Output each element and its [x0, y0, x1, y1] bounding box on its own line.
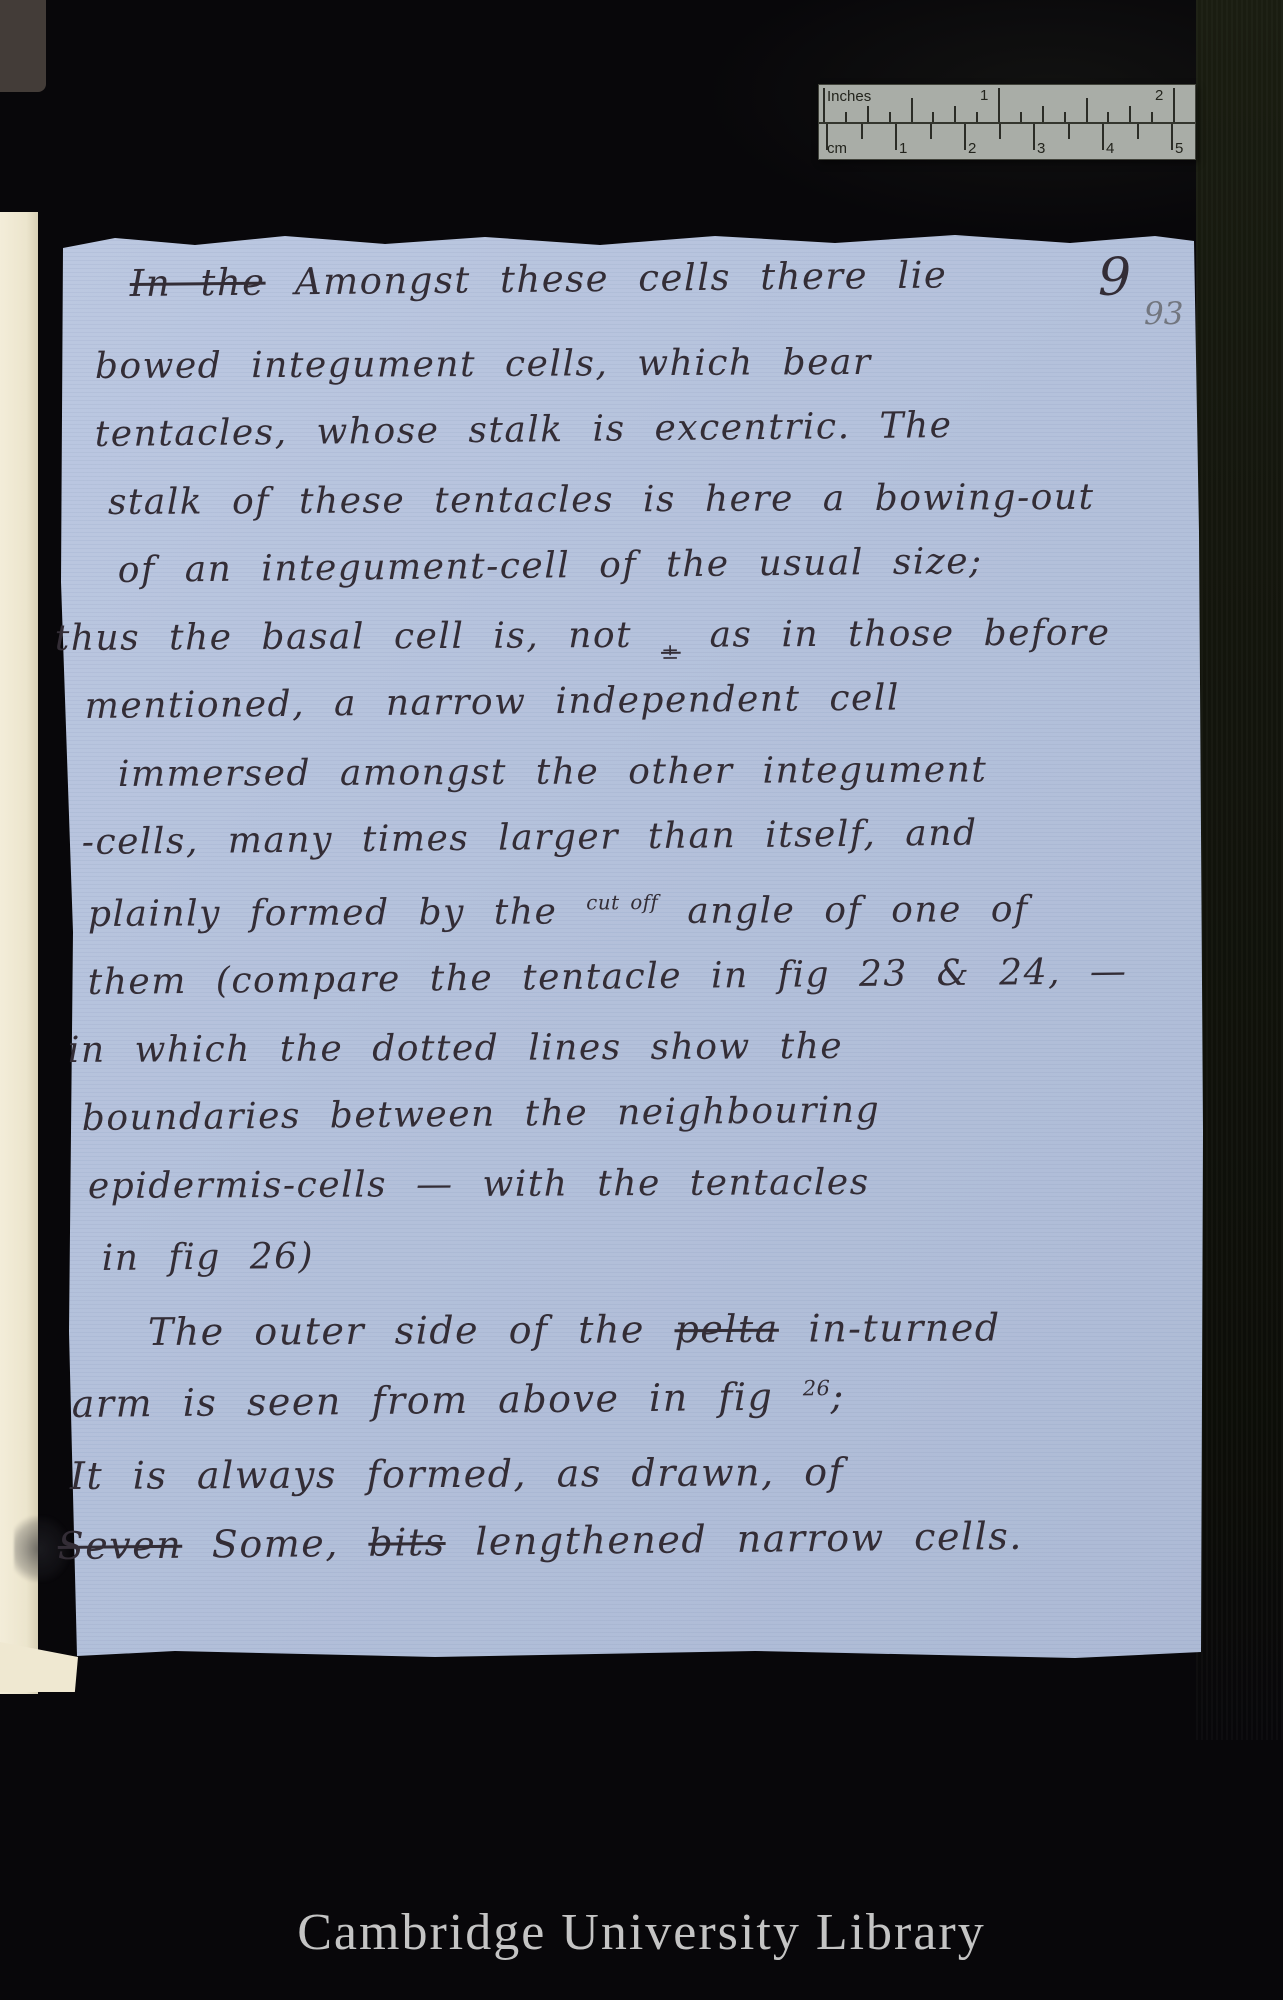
ruler-inch-tick [823, 88, 825, 122]
library-watermark: Cambridge University Library [0, 1903, 1283, 1962]
manuscript-line: plainly formed by the cut off angle of o… [88, 889, 1029, 935]
manuscript-segment: Amongst these cells there lie [265, 253, 947, 303]
manuscript-segment: In the [130, 261, 266, 305]
ruler-cm-tick [1137, 124, 1139, 139]
ruler-inch-tick [1129, 106, 1131, 122]
manuscript-segment: mentioned, a narrow independent cell [85, 677, 901, 727]
manuscript-segment: ± [661, 640, 681, 665]
ruler-inch-tick [1086, 98, 1088, 122]
manuscript-line: of an integument-cell of the usual size; [118, 541, 983, 591]
manuscript-segment: It is always formed, as drawn, of [70, 1450, 844, 1498]
manuscript-line: stalk of these tentacles is here a bowin… [108, 477, 1095, 523]
manuscript-line: Seven Some, bits lengthened narrow cells… [58, 1514, 1024, 1568]
manuscript-line: -cells, many times larger than itself, a… [82, 813, 978, 863]
manuscript-line: in fig 26) [102, 1236, 315, 1279]
manuscript-line: tentacles, whose stalk is excentric. The [95, 405, 953, 455]
manuscript-line: The outer side of the pelta in-turned [148, 1306, 1001, 1354]
manuscript-segment: -cells, many times larger than itself, a… [82, 813, 978, 863]
ruler-inch-tick [889, 112, 891, 122]
manuscript-line: boundaries between the neighbouring [82, 1090, 881, 1139]
ruler-inch-tick [1020, 112, 1022, 122]
ruler-cm-label: cm [827, 140, 847, 157]
manuscript-segment: boundaries between the neighbouring [82, 1090, 881, 1139]
ruler-inch-tick [932, 112, 934, 122]
manuscript-segment: plainly formed by the [88, 891, 587, 935]
manuscript-line: In the Amongst these cells there lie [130, 253, 948, 305]
ruler-inch-numeral: 2 [1155, 87, 1163, 104]
ruler-inch-numeral: 1 [980, 87, 988, 104]
manuscript-segment: bits [368, 1520, 446, 1565]
ruler-inch-tick [1151, 112, 1153, 122]
ruler-inch-tick [998, 88, 1000, 122]
manuscript-segment: 26 [803, 1376, 831, 1400]
ruler-inch-tick [1107, 112, 1109, 122]
page-number-pencil: 93 [1144, 296, 1183, 332]
manuscript-line: mentioned, a narrow independent cell [85, 677, 901, 727]
ruler-cm-tick [895, 124, 897, 150]
manuscript-segment: cut off [586, 891, 658, 914]
manuscript-segment: stalk of these tentacles is here a bowin… [108, 477, 1095, 523]
ruler-inch-tick [954, 106, 956, 122]
ruler-cm-tick [930, 124, 932, 139]
page-number-ink: 9 [1098, 248, 1131, 308]
cloth-backdrop-right [1196, 0, 1283, 1740]
manuscript-segment: Some, [182, 1521, 369, 1567]
manuscript-segment: in-turned [779, 1306, 1001, 1351]
manuscript-segment: angle of one of [658, 889, 1029, 932]
manuscript-line: bowed integument cells, which bear [95, 342, 872, 387]
ruler-cm-tick [1068, 124, 1070, 139]
ruler-divider [819, 122, 1195, 124]
manuscript-segment: thus the basal cell is, not [55, 615, 661, 659]
ruler-cm-tick [1033, 124, 1035, 150]
ruler-cm-numeral: 2 [968, 140, 976, 157]
manuscript-segment: The outer side of the [148, 1307, 675, 1354]
manuscript-segment: ; [830, 1374, 845, 1418]
manuscript-line: thus the basal cell is, not ± as in thos… [55, 612, 1111, 668]
manuscript-segment: tentacles, whose stalk is excentric. The [95, 405, 953, 455]
ruler-cm-tick [826, 124, 828, 150]
manuscript-segment: Seven [58, 1523, 183, 1568]
manuscript-segment: of an integument-cell of the usual size; [118, 541, 983, 591]
manuscript-segment: in which the dotted lines show the [68, 1026, 843, 1071]
ruler-cm-numeral: 3 [1037, 140, 1045, 157]
manuscript-line: It is always formed, as drawn, of [70, 1450, 844, 1498]
manuscript-segment: as in those before [680, 612, 1110, 655]
manuscript-segment: epidermis-cells — with the tentacles [88, 1162, 870, 1207]
manuscript-segment: immersed amongst the other integument [118, 749, 988, 795]
ruler-cm-tick [1102, 124, 1104, 150]
ruler-cm-tick [999, 124, 1001, 139]
ruler-inch-tick [845, 112, 847, 122]
manuscript-segment: bowed integument cells, which bear [95, 342, 872, 387]
manuscript-segment: pelta [674, 1307, 779, 1352]
ruler-inch-tick [867, 106, 869, 122]
photo-scale-ruler: Inches cm 1212345 [818, 84, 1196, 160]
ruler-cm-tick [861, 124, 863, 139]
book-board-corner [0, 0, 46, 92]
ruler-cm-numeral: 1 [899, 140, 907, 157]
manuscript-segment: in fig 26) [102, 1236, 315, 1279]
manuscript-segment: lengthened narrow cells. [445, 1514, 1023, 1564]
manuscript-line: arm is seen from above in fig 26; [72, 1374, 845, 1426]
manuscript-segment: them (compare the tentacle in fig 23 & 2… [88, 951, 1128, 1003]
ruler-inch-tick [1173, 88, 1175, 122]
manuscript-line: immersed amongst the other integument [118, 749, 988, 795]
manuscript-line: epidermis-cells — with the tentacles [88, 1162, 870, 1207]
ruler-cm-tick [1171, 124, 1173, 150]
book-page-edge [0, 212, 38, 1694]
ruler-inch-tick [976, 112, 978, 122]
ruler-cm-tick [964, 124, 966, 150]
manuscript-segment: arm is seen from above in fig [72, 1374, 804, 1426]
manuscript-line: them (compare the tentacle in fig 23 & 2… [88, 951, 1128, 1003]
ruler-inch-tick [911, 98, 913, 122]
manuscript-line: in which the dotted lines show the [68, 1026, 843, 1071]
ruler-inch-tick [1064, 112, 1066, 122]
ruler-cm-numeral: 5 [1175, 140, 1183, 157]
ruler-cm-numeral: 4 [1106, 140, 1114, 157]
manuscript-text: In the Amongst these cells there liebowe… [55, 232, 1203, 1660]
ruler-inch-tick [1042, 106, 1044, 122]
ruler-inches-label: Inches [827, 88, 871, 105]
